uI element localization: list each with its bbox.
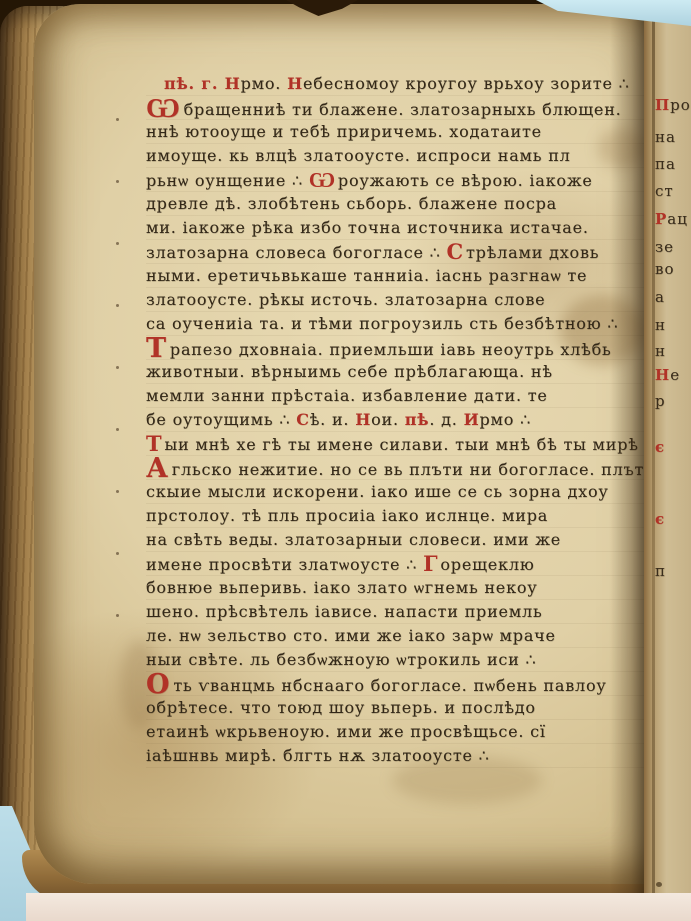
manuscript-line: ле. нѡ зельство сто. ими же іако зарѡ мр… [146,624,648,648]
manuscript-line: іаѣшнвь мирѣ. блгть нѫ златооусте ∴ [146,744,648,768]
gutter-shadow [610,0,648,921]
manuscript-line: ннѣ ютооуще и тебѣ приричемь. ходатаите [146,120,648,144]
body-text: ными. еретичьвькаше танниіа. іаснь разгн… [146,266,587,285]
edge-letters: є [655,438,665,456]
text-block: пѣ. г. Нрмо. Небесномоу кроугоу врьхоу з… [146,72,648,768]
rubric-text: И [464,410,480,429]
pricking-hole [116,366,119,369]
body-text: обрѣтесе. что тоюд шоу вьперь. и послѣдо [146,698,536,717]
rubric-text: Н [225,74,241,93]
body-text: на свѣть веды. златозарныи словеси. ими … [146,530,561,549]
illuminated-initial: С [446,239,466,264]
body-text: имене просвѣти златѡоусте ∴ [146,555,423,574]
body-text: ебесномоу кроугоу врьхоу зорите ∴ [303,74,630,93]
pricking-hole [116,304,119,307]
rubric-text: С [296,410,310,429]
rubric-text: пѣ [405,410,430,429]
body-text: а [655,288,665,306]
edge-letters: є [655,510,665,528]
body-text: ѣ. и. [310,410,355,429]
body-text: бе оутоущимь ∴ [146,410,296,429]
manuscript-line: обрѣтесе. что тоюд шоу вьперь. и послѣдо [146,696,648,720]
edge-letters: н [655,342,666,360]
manuscript-line: пѣ. г. Нрмо. Небесномоу кроугоу врьхоу з… [146,72,648,96]
manuscript-line: са оучениіа та. и тѣми погроузиль сть бе… [146,312,648,336]
manuscript-line: бовнюе вьперивь. іако злато ѡгнемь некоу [146,576,648,600]
manuscript-line: етаинѣ ѡкрьвеноую. ими же просвѣщьсе. сї [146,720,648,744]
body-text: ст [655,182,674,200]
body-text: етаинѣ ѡкрьвеноую. ими же просвѣщьсе. сї [146,722,546,741]
manuscript-line: златооусте. рѣкы источь. златозарна слов… [146,288,648,312]
sewing-hole [656,882,662,887]
manuscript-line: скыие мысли искорени. іако ише се сь зор… [146,480,648,504]
manuscript-line: шено. прѣсвѣтель іависе. напасти приемль [146,600,648,624]
pricking-hole [116,242,119,245]
body-text: рапезо дховнаіа. приемльши іавь неоутрь … [170,340,612,359]
body-text: роужають се вѣрою. іакоже [338,171,593,190]
manuscript-line: рьнѡ оунщение ∴ Ѡроужають се вѣрою. іако… [146,168,648,192]
rubric-text: Н [655,366,670,384]
manuscript-line: Ѡбращенниѣ ти блажене. златозарныхь блющ… [146,96,648,120]
pricking-hole [116,490,119,493]
pricking-hole [116,180,119,183]
edge-letters: на [655,128,676,146]
body-text: златооусте. рѣкы источь. златозарна слов… [146,290,545,309]
pricking-hole [116,552,119,555]
manuscript-line: древле дѣ. злобѣтень сьборь. блажене пос… [146,192,648,216]
body-text: ми. іакоже рѣка избо точна источника ист… [146,218,589,237]
table-surface [26,893,691,921]
manuscript-line: Агльско нежитие. но се вь плъти ни богог… [146,456,648,480]
body-text: древле дѣ. злобѣтень сьборь. блажене пос… [146,194,557,213]
rubric-text: є [655,510,665,528]
body-text: рмо. [241,74,288,93]
edge-letters: Рац [655,210,688,228]
manuscript-line: златозарна словеса богогласе ∴ Стрѣлами … [146,240,648,264]
body-text: па [655,155,676,173]
pricking-hole [116,614,119,617]
body-text: н [655,342,666,360]
body-text: рьнѡ оунщение ∴ [146,171,309,190]
manuscript-line: ными. еретичьвькаше танниіа. іаснь разгн… [146,264,648,288]
pricking-hole [116,118,119,121]
body-text: р [655,392,666,410]
illuminated-initial: Ѡ [146,93,184,124]
edge-letters: во [655,260,674,278]
body-text: златозарна словеса богогласе ∴ [146,243,446,262]
body-text: бовнюе вьперивь. іако злато ѡгнемь некоу [146,578,538,597]
body-text: орещеклю [440,555,534,574]
body-text: ац [667,210,688,228]
illuminated-initial: Ѡ [309,167,338,192]
rubric-text: Р [655,210,667,228]
body-text: шено. прѣсвѣтель іависе. напасти приемль [146,602,543,621]
body-text: . д. [429,410,463,429]
body-text: во [655,260,674,278]
body-text: трѣлами дховь [466,243,599,262]
edge-letters: р [655,392,666,410]
edge-letters: н [655,316,666,334]
manuscript-line: имоуще. кь влцѣ златооусте. испроси намь… [146,144,648,168]
manuscript-line: бе оутоущимь ∴ Сѣ. и. Нои. пѣ. д. Ирмо ∴ [146,408,648,432]
rubric-text: Н [355,410,371,429]
body-text: ныи свѣте. ль безбѡжноую ѡтрокиль иси ∴ [146,650,537,669]
rubric-text: П [655,96,670,114]
rubric-text: є [655,438,665,456]
body-text: ои. [371,410,405,429]
body-text: бращенниѣ ти блажене. златозарныхь блюще… [184,100,622,119]
illuminated-initial: Т [146,333,170,364]
manuscript-line: ми. іакоже рѣка избо точна источника ист… [146,216,648,240]
body-text: рос [670,96,691,114]
body-text: е [670,366,680,384]
body-text: ть ѵванцмь нбснааго богогласе. пѡбень па… [173,676,606,695]
next-folio-edge: ПроснапастРацзевоаннНерєєп [644,0,691,921]
illuminated-initial: О [146,669,173,700]
edge-letters: Прос [655,96,691,114]
edge-letters: зе [655,238,674,256]
body-text: са оучениіа та. и тѣми погроузиль сть бе… [146,314,618,333]
body-text: зе [655,238,674,256]
manuscript-line: Тыи мнѣ хе гѣ ты имене силави. тыи мнѣ б… [146,432,648,456]
manuscript-line: мемли занни прѣстаіа. избавление дати. т… [146,384,648,408]
body-text: скыие мысли искорени. іако ише се сь зор… [146,482,609,501]
manuscript-line: животныи. вѣрныимь себе прѣблагающа. нѣ [146,360,648,384]
manuscript-photo: пѣ. г. Нрмо. Небесномоу кроугоу врьхоу з… [0,0,691,921]
body-text: ыи мнѣ хе гѣ ты имене силави. тыи мнѣ бѣ… [164,435,638,454]
body-text: н [655,316,666,334]
illuminated-initial: А [146,453,172,484]
rubric-text: Н [287,74,303,93]
edge-letters: ст [655,182,674,200]
edge-letters: Не [655,366,680,384]
edge-letters: п [655,562,666,580]
body-text: гльско нежитие. но се вь плъти ни богогл… [172,460,654,479]
pricking-hole [116,428,119,431]
manuscript-line: Трапезо дховнаіа. приемльши іавь неоутрь… [146,336,648,360]
manuscript-line: Оть ѵванцмь нбснааго богогласе. пѡбень п… [146,672,648,696]
body-text: ле. нѡ зельство сто. ими же іако зарѡ мр… [146,626,556,645]
manuscript-line: прстолоу. тѣ пль просиіа іако ислнце. ми… [146,504,648,528]
illuminated-initial: Г [423,551,440,576]
edge-letters: па [655,155,676,173]
body-text: имоуще. кь влцѣ златооусте. испроси намь… [146,146,571,165]
manuscript-line: ныи свѣте. ль безбѡжноую ѡтрокиль иси ∴ [146,648,648,672]
body-text: ннѣ ютооуще и тебѣ приричемь. ходатаите [146,122,542,141]
manuscript-line: на свѣть веды. златозарныи словеси. ими … [146,528,648,552]
body-text: прстолоу. тѣ пль просиіа іако ислнце. ми… [146,506,548,525]
body-text: на [655,128,676,146]
body-text: п [655,562,666,580]
body-text: іаѣшнвь мирѣ. блгть нѫ златооусте ∴ [146,746,490,765]
body-text: животныи. вѣрныимь себе прѣблагающа. нѣ [146,362,553,381]
manuscript-line: имене просвѣти златѡоусте ∴ Горещеклю [146,552,648,576]
rubric-text: пѣ. г. [164,74,225,93]
body-text: рмо ∴ [479,410,531,429]
edge-letters: а [655,288,665,306]
body-text: мемли занни прѣстаіа. избавление дати. т… [146,386,548,405]
